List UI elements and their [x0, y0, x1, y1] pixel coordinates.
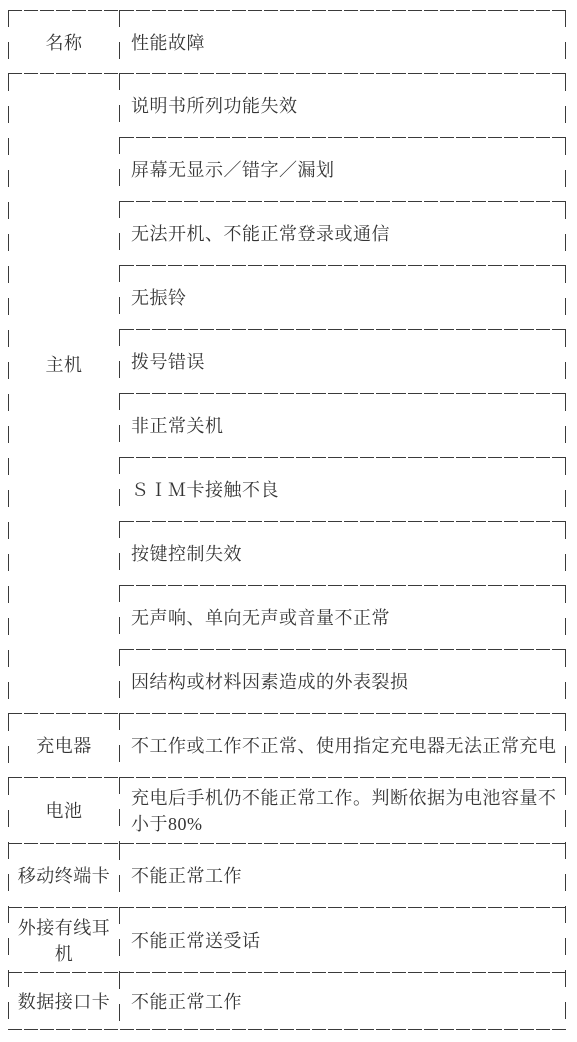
fault-cell: 屏幕无显示／错字／漏划: [120, 137, 566, 201]
fault-cell: 说明书所列功能失效: [120, 73, 566, 137]
fault-cell: 不能正常工作: [120, 843, 566, 907]
fault-cell: 无声响、单向无声或音量不正常: [120, 585, 566, 649]
fault-cell: 无振铃: [120, 265, 566, 329]
fault-cell: 不能正常送受话: [120, 907, 566, 972]
category-cell: 外接有线耳机: [8, 907, 120, 972]
fault-cell: 非正常关机: [120, 393, 566, 457]
category-cell: 充电器: [8, 713, 120, 777]
category-cell: 移动终端卡: [8, 843, 120, 907]
fault-cell: 按键控制失效: [120, 521, 566, 585]
category-label: 充电器: [36, 732, 92, 758]
header-fault-cell: 性能故障: [120, 10, 566, 73]
fault-cell: 拨号错误: [120, 329, 566, 393]
fault-cell: 不能正常工作: [120, 972, 566, 1030]
category-cell: 主机: [8, 73, 120, 713]
document-page: 名称 性能故障 主机说明书所列功能失效屏幕无显示／错字／漏划无法开机、不能正常登…: [0, 0, 577, 1042]
category-label: 主机: [46, 351, 83, 377]
fault-cell: 充电后手机仍不能正常工作。判断依据为电池容量不小于80%: [120, 777, 566, 843]
fault-cell: 不工作或工作不正常、使用指定充电器无法正常充电: [120, 713, 566, 777]
fault-table: 名称 性能故障 主机说明书所列功能失效屏幕无显示／错字／漏划无法开机、不能正常登…: [8, 10, 566, 1030]
category-label: 外接有线耳机: [9, 914, 119, 966]
fault-cell: 因结构或材料因素造成的外表裂损: [120, 649, 566, 713]
fault-cell: 无法开机、不能正常登录或通信: [120, 201, 566, 265]
category-cell: 数据接口卡: [8, 972, 120, 1030]
category-label: 移动终端卡: [18, 862, 111, 888]
category-cell: 电池: [8, 777, 120, 843]
header-name-cell: 名称: [8, 10, 120, 73]
fault-cell: ＳＩＭ卡接触不良: [120, 457, 566, 521]
category-label: 电池: [46, 797, 83, 823]
category-label: 数据接口卡: [18, 988, 111, 1014]
